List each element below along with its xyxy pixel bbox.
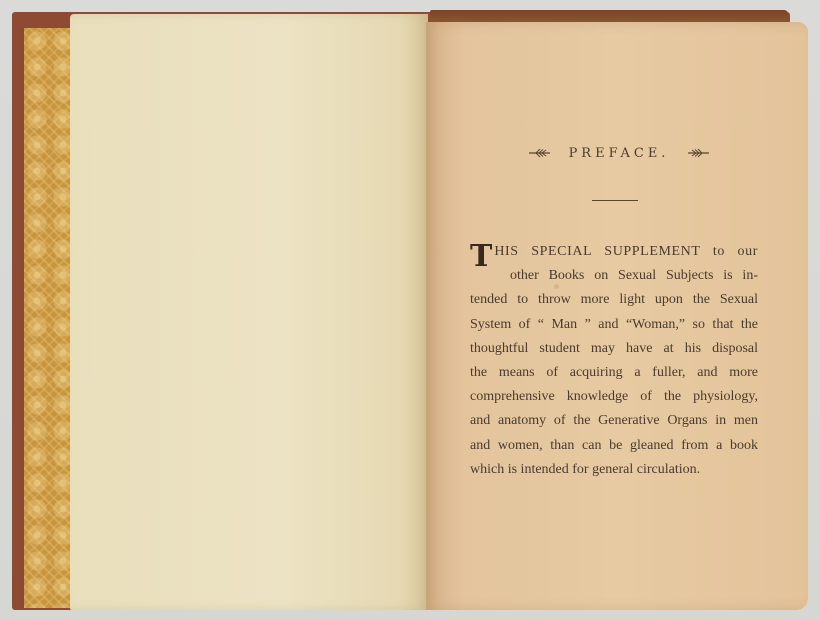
preface-body: T HIS SPECIAL SUPPLEMENT to our other Bo… <box>470 240 758 482</box>
text-line: the means of acquiring a fuller, and mor… <box>470 361 758 385</box>
preface-title-text: PREFACE. <box>569 146 670 161</box>
text-line: which is intended for general circulatio… <box>470 458 758 482</box>
text-line: HIS SPECIAL SUPPLEMENT to our <box>470 240 758 264</box>
text-line: System of “ Man ” and “Woman,” so that t… <box>470 313 758 337</box>
leaf-ornament-icon <box>686 148 710 158</box>
preface-heading: PREFACE. <box>528 142 710 164</box>
text-line: tended to throw more light upon the Sexu… <box>470 288 758 312</box>
text-line: comprehensive knowledge of the physiolog… <box>470 385 758 409</box>
left-blank-page <box>70 14 428 610</box>
drop-cap-letter: T <box>470 242 492 272</box>
text-line: thoughtful student may have at his dispo… <box>470 337 758 361</box>
leaf-ornament-icon <box>528 148 552 158</box>
text-line: and women, than can be gleaned from a bo… <box>470 434 758 458</box>
text-line: other Books on Sexual Subjects is in- <box>470 264 758 288</box>
text-line: and anatomy of the Generative Organs in … <box>470 409 758 433</box>
heading-divider-rule <box>592 200 638 201</box>
